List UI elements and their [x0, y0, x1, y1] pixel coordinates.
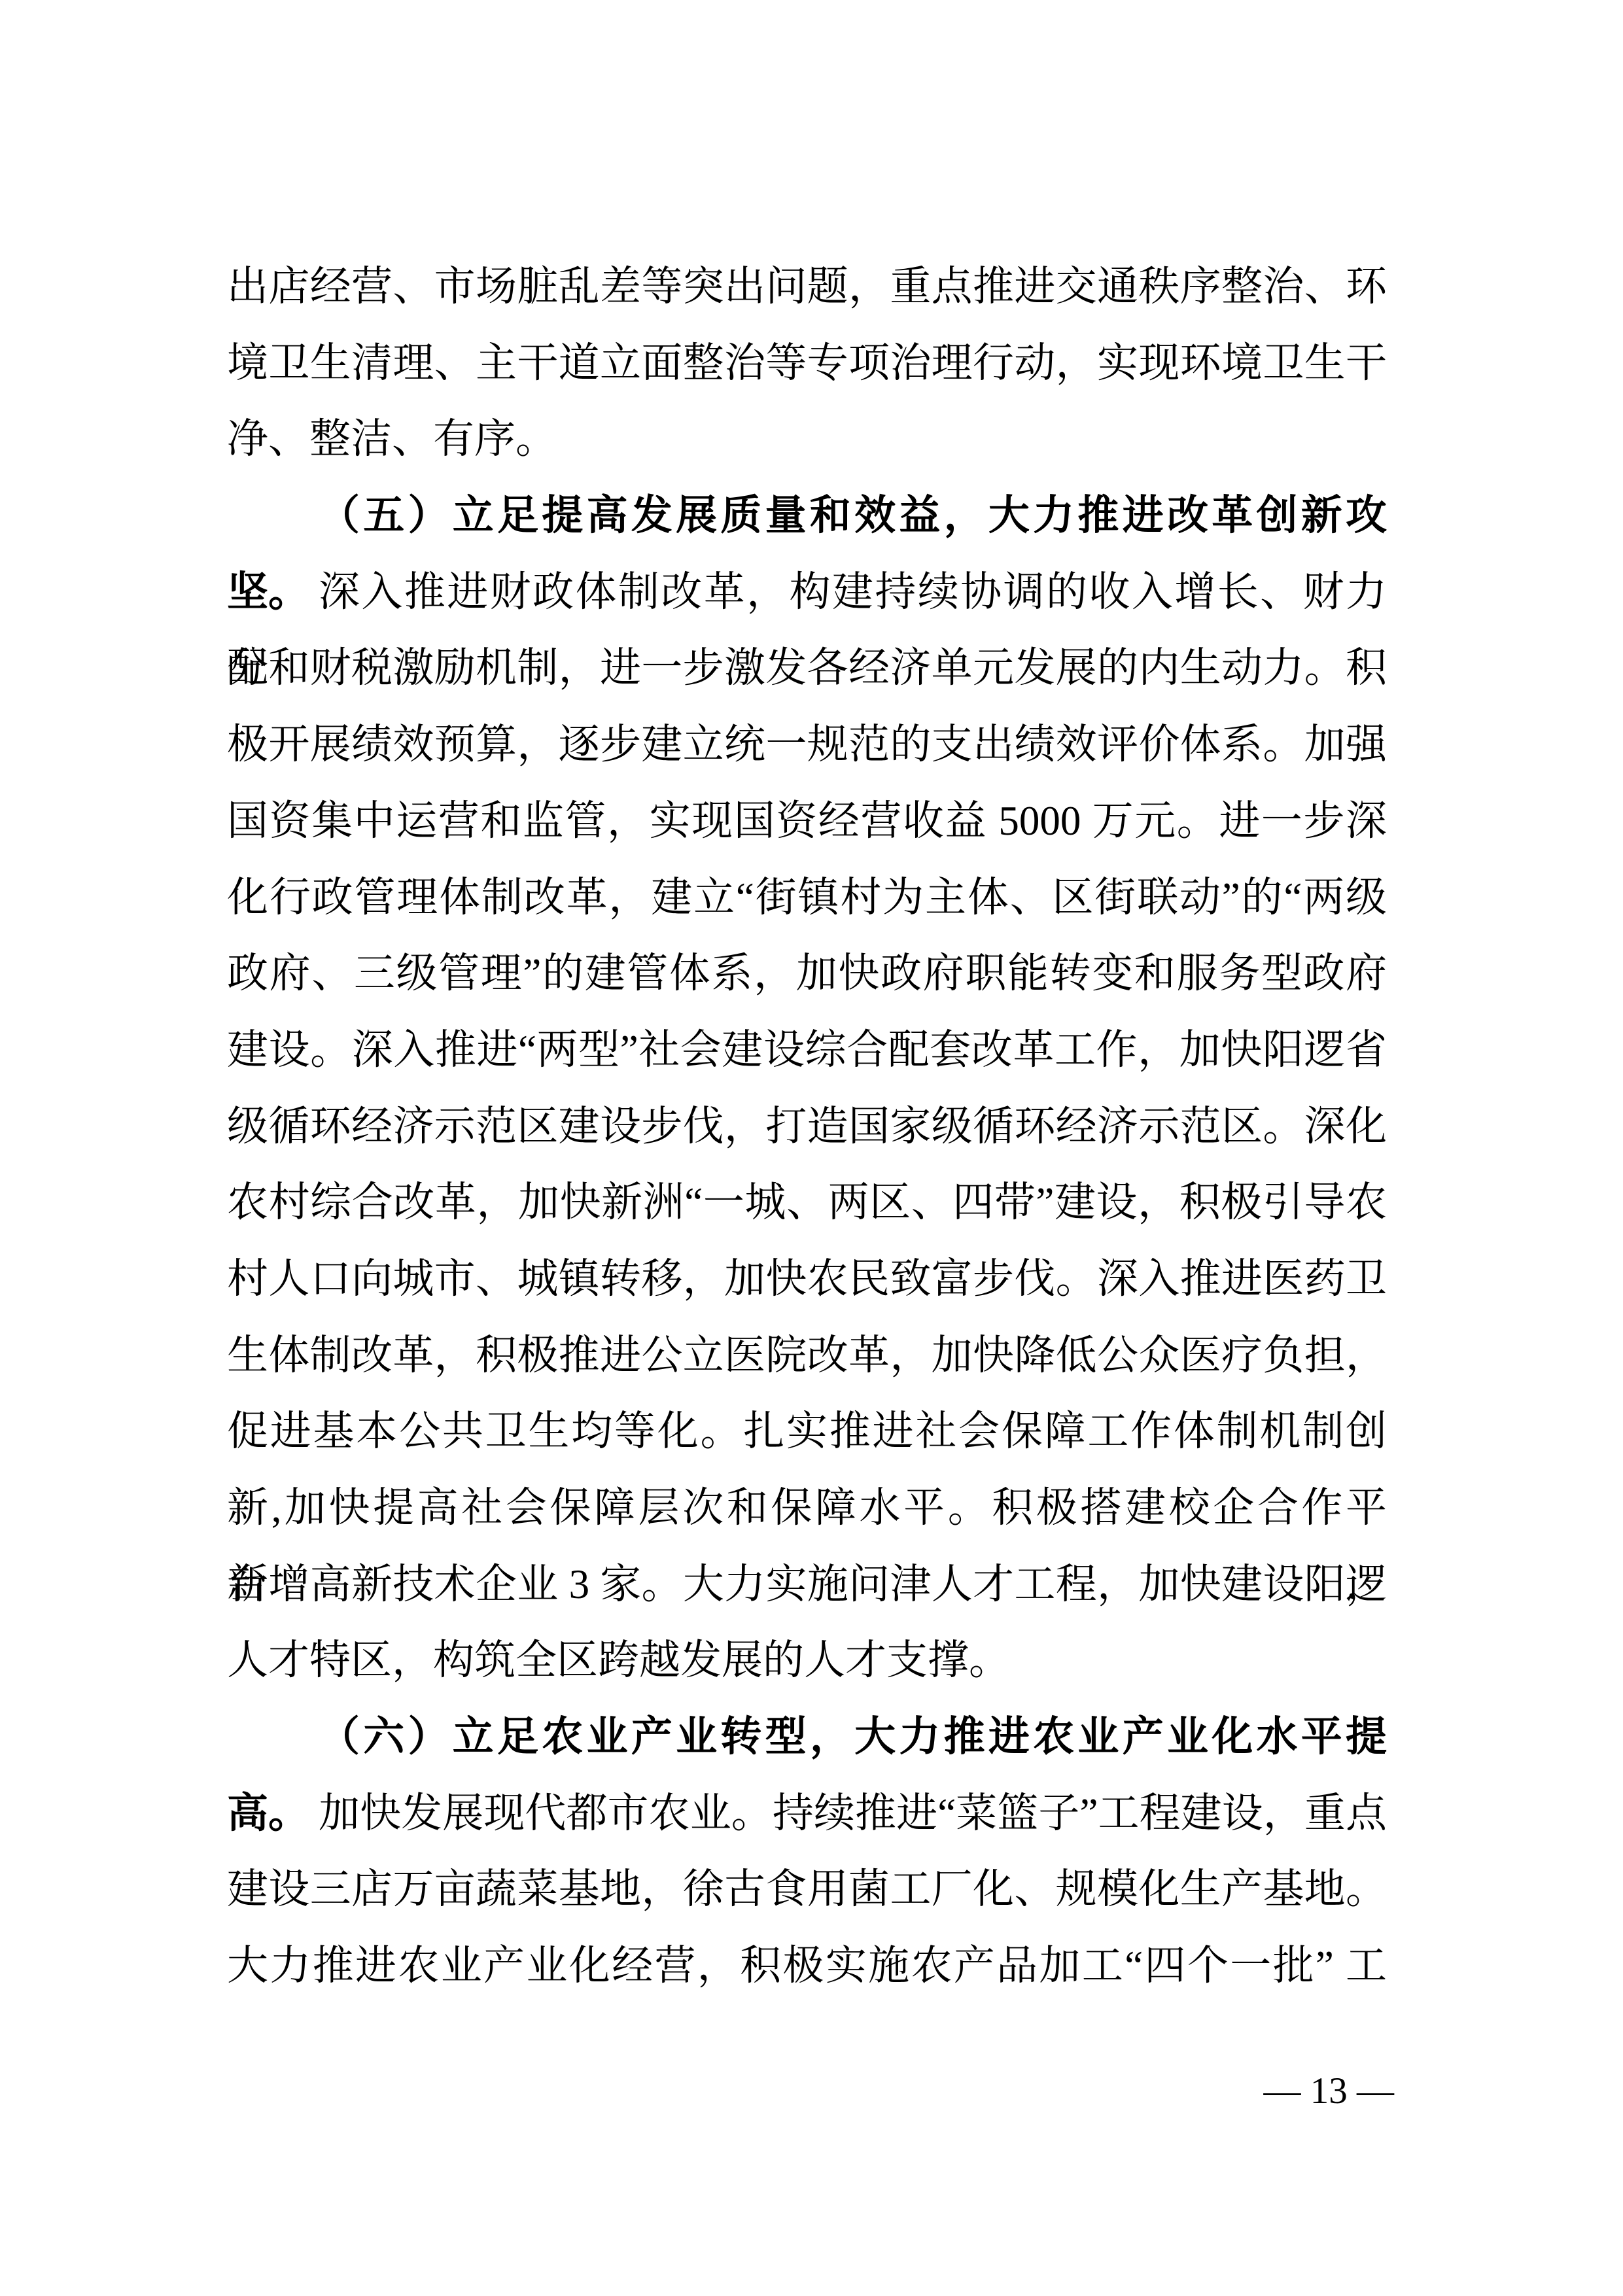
text-line: （五）立足提高发展质量和效益，大力推进改革创新攻坚。 — [227, 478, 1387, 554]
text-line: 政府、三级管理”的建管体系，加快政府职能转变和服务型政府 — [227, 935, 1387, 1012]
text-line: 建设三店万亩蔬菜基地，徐古食用菌工厂化、规模化生产基地。 — [227, 1851, 1387, 1928]
text-line: 新,加快提高社会保障层次和保障水平。积极搭建校企合作平台， — [227, 1470, 1387, 1546]
document-page: 出店经营、市场脏乱差等突出问题，重点推进交通秩序整治、环境卫生清理、主干道立面整… — [0, 0, 1623, 2296]
text-line: 新增高新技术企业 3 家。大力实施问津人才工程，加快建设阳逻 — [227, 1546, 1387, 1623]
text-line: 化行政管理体制改革，建立“街镇村为主体、区街联动”的“两级 — [227, 860, 1387, 936]
text-line: 村人口向城市、城镇转移，加快农民致富步伐。深入推进医药卫 — [227, 1241, 1387, 1317]
text-line: 生体制改革，积极推进公立医院改革，加快降低公众医疗负担， — [227, 1317, 1387, 1394]
text-line: （六）立足农业产业转型，大力推进农业产业化水平提高。 — [227, 1699, 1387, 1775]
text-line: 加快发展现代都市农业。持续推进“菜篮子”工程建设，重点 — [227, 1775, 1387, 1852]
text-line: 出店经营、市场脏乱差等突出问题，重点推进交通秩序整治、环 — [227, 249, 1387, 325]
text-line: 配和财税激励机制，进一步激发各经济单元发展的内生动力。积 — [227, 630, 1387, 706]
text-line: 农村综合改革，加快新洲“一城、两区、四带”建设，积极引导农 — [227, 1164, 1387, 1241]
text-line: 国资集中运营和监管，实现国资经营收益 5000 万元。进一步深 — [227, 783, 1387, 860]
document-body: 出店经营、市场脏乱差等突出问题，重点推进交通秩序整治、环境卫生清理、主干道立面整… — [227, 249, 1387, 2004]
text-line: 极开展绩效预算，逐步建立统一规范的支出绩效评价体系。加强 — [227, 706, 1387, 783]
text-line: 人才特区，构筑全区跨越发展的人才支撑。 — [227, 1622, 1387, 1699]
page-number: — 13 — — [1264, 2068, 1395, 2114]
text-line: 净、整洁、有序。 — [227, 401, 1387, 478]
text-line: 促进基本公共卫生均等化。扎实推进社会保障工作体制机制创 — [227, 1393, 1387, 1470]
text-line: 级循环经济示范区建设步伐，打造国家级循环经济示范区。深化 — [227, 1088, 1387, 1165]
text-line: 建设。深入推进“两型”社会建设综合配套改革工作，加快阳逻省 — [227, 1012, 1387, 1088]
text-line: 大力推进农业产业化经营，积极实施农产品加工“四个一批” 工 — [227, 1928, 1387, 2004]
text-line: 境卫生清理、主干道立面整治等专项治理行动，实现环境卫生干 — [227, 325, 1387, 402]
text-line: 深入推进财政体制改革，构建持续协调的收入增长、财力分 — [227, 554, 1387, 631]
